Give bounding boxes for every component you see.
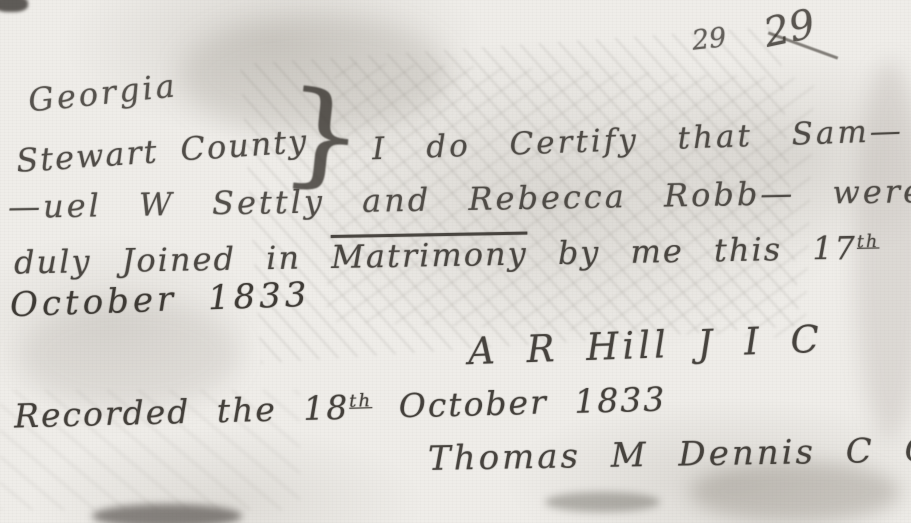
ordinal-superscript: th <box>857 232 880 252</box>
officiant-name: A R Hill <box>467 323 670 373</box>
recorded-line-pre: Recorded the 18 <box>14 388 350 436</box>
page-number-small: 29 <box>690 22 727 56</box>
heading-county: Stewart County <box>15 122 309 180</box>
ink-smudge <box>0 0 28 12</box>
clerk-title: C C O <box>845 429 911 472</box>
recorded-line: Recorded the 18th October 1833 <box>14 379 667 435</box>
heading-state: Georgia <box>26 66 179 119</box>
ink-smudge <box>92 504 242 523</box>
certificate-line-3: duly Joined in Matrimony by me this 17th <box>14 228 880 281</box>
recorded-line-post: October 1833 <box>372 379 667 426</box>
document-scan: 29 29 Georgia Stewart County } I do Cert… <box>0 0 911 523</box>
ink-smudge <box>545 492 660 512</box>
ordinal-superscript: th <box>349 390 373 412</box>
officiant-title: J I C <box>697 318 824 365</box>
certificate-line-1: I do Certify that Sam— <box>372 113 905 168</box>
clerk-name: Thomas M Dennis <box>428 432 817 479</box>
clerk-signature: Thomas M Dennis C C O <box>428 429 911 479</box>
certificate-line-2: —uel W Settly and Rebecca Robb— were <box>8 172 911 226</box>
certificate-line-3-mid: by me this 17 <box>527 229 857 273</box>
officiant-signature: A R Hill J I C <box>467 318 823 373</box>
matrimony-word: Matrimony <box>331 235 528 276</box>
certificate-date-line: October 1833 <box>9 275 311 325</box>
